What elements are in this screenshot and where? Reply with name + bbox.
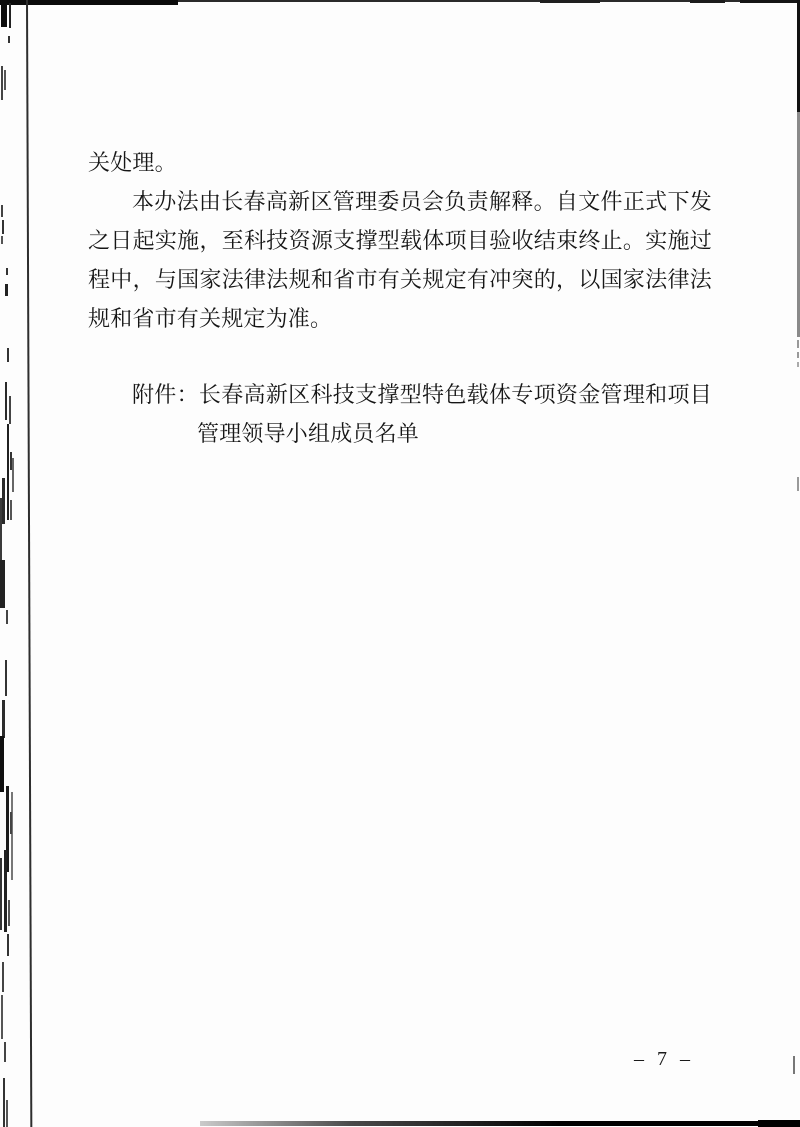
scan-artifact: [4, 70, 6, 90]
scan-artifact: [540, 0, 600, 3]
scan-artifact: [2, 220, 4, 234]
scan-artifact: [9, 3, 11, 28]
scan-artifact: [0, 560, 5, 608]
body-line-3: 之日起实施，至科技资源支撑型载体项目验收结束终止。实施过: [88, 221, 712, 260]
scan-artifact: [1, 66, 3, 100]
scan-fold-line: [26, 0, 32, 1127]
scan-artifact: [1, 995, 3, 1039]
scan-artifact: [0, 0, 178, 5]
scanned-document-page: 关处理。 本办法由长春高新区管理委员会负责解释。自文件正式下发 之日起实施，至科…: [0, 0, 800, 1127]
scan-artifact: [797, 477, 799, 491]
scan-artifact: [0, 498, 2, 562]
scan-artifact: [7, 348, 9, 362]
scan-artifact: [6, 610, 8, 624]
scan-artifact: [8, 36, 10, 43]
scan-artifact: [6, 268, 8, 275]
scan-artifact: [797, 112, 800, 337]
scan-artifact: [10, 452, 12, 470]
scan-artifact: [5, 660, 7, 696]
scan-artifact: [7, 424, 9, 520]
scan-artifact: [10, 500, 12, 520]
scan-artifact: [0, 736, 4, 792]
scan-artifact: [3, 1078, 5, 1127]
scan-artifact: [740, 0, 800, 3]
scan-artifact: [2, 962, 4, 992]
body-line-4: 程中，与国家法律法规和省市有关规定有冲突的，以国家法律法: [88, 260, 712, 299]
scan-artifact: [6, 786, 9, 872]
attachment-line-2: 管理领导小组成员名单: [88, 414, 712, 453]
scan-artifact: [4, 1042, 6, 1062]
scan-artifact: [200, 1121, 800, 1126]
scan-artifact: [793, 1056, 795, 1074]
scan-artifact: [1, 205, 3, 217]
scan-artifact: [797, 352, 799, 358]
scan-artifact: [797, 340, 799, 348]
scan-artifact: [1, 236, 3, 244]
scan-artifact: [1, 0, 7, 27]
scan-artifact: [0, 0, 800, 2]
scan-artifact: [12, 458, 14, 492]
scan-artifact: [7, 934, 9, 956]
scan-artifact: [10, 812, 12, 834]
scan-artifact: [4, 850, 7, 932]
scan-artifact: [8, 900, 10, 926]
scan-artifact: [5, 382, 7, 420]
body-line-5: 规和省市有关规定为准。: [88, 299, 712, 338]
scan-artifact: [11, 792, 13, 880]
scan-artifact: [2, 700, 5, 738]
scan-artifact: [758, 1120, 800, 1127]
attachment-line-1: 附件：长春高新区科技支撑型特色载体专项资金管理和项目: [88, 375, 712, 414]
body-line-2: 本办法由长春高新区管理委员会负责解释。自文件正式下发: [88, 182, 712, 221]
scan-artifact: [0, 858, 2, 930]
page-number: – 7 –: [634, 1048, 693, 1071]
scan-artifact: [690, 0, 725, 3]
scan-artifact: [6, 1100, 8, 1127]
scan-artifact: [2, 478, 5, 524]
document-body: 关处理。 本办法由长春高新区管理委员会负责解释。自文件正式下发 之日起实施，至科…: [88, 143, 712, 453]
scan-artifact: [9, 396, 11, 424]
body-line-1: 关处理。: [88, 143, 712, 182]
scan-artifact: [797, 362, 799, 367]
scan-artifact: [5, 284, 8, 296]
